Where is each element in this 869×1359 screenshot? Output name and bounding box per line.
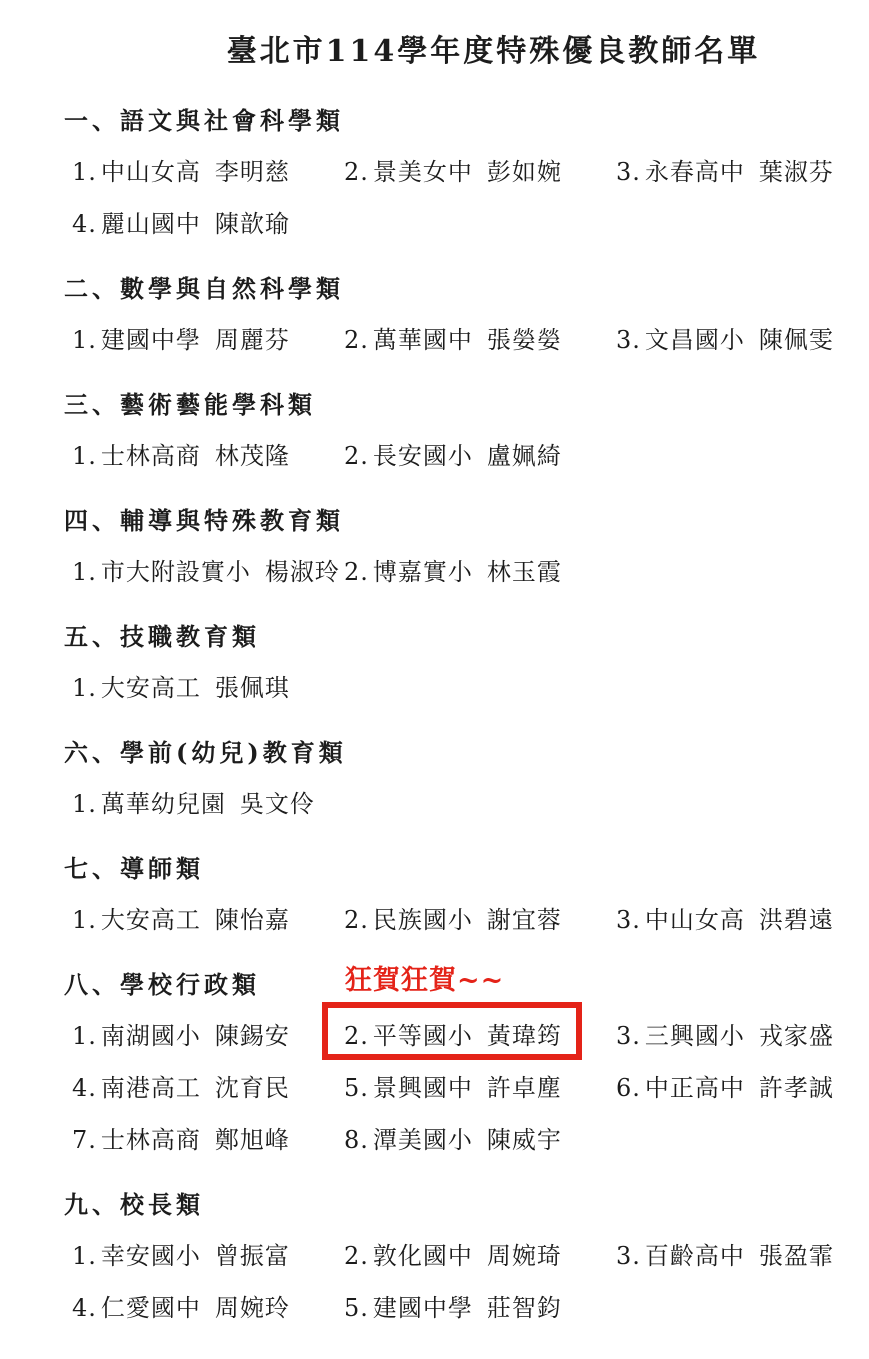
section-1: 一、語文與社會科學類1.中山女高李明慈2.景美女中彭如婉3.永春高中葉淑芬4.麗… — [0, 101, 869, 238]
section-heading: 二、數學與自然科學類 — [64, 269, 869, 304]
entry-no: 1. — [72, 674, 97, 702]
entry-no: 1. — [72, 558, 97, 586]
entry-no: 3. — [616, 1242, 641, 1270]
entry: 1.大安高工張佩琪 — [72, 668, 344, 703]
entry: 1.大安高工陳怡嘉 — [72, 900, 344, 935]
entry: 2.民族國小謝宜蓉 — [344, 900, 616, 935]
entry-row: 4.仁愛國中周婉玲5.建國中學莊智鈞 — [0, 1289, 869, 1322]
section-8: 八、學校行政類狂賀狂賀~~1.南湖國小陳錫安2.平等國小黃瑋筠3.三興國小戎家盛… — [0, 965, 869, 1154]
entry-school: 潭美國小 — [373, 1126, 473, 1154]
entry-text: 6.中正高中許孝誠 — [616, 1068, 834, 1103]
entry-school: 大安高工 — [101, 674, 201, 702]
entry-no: 1. — [72, 442, 97, 470]
entry-school: 麗山國中 — [101, 210, 201, 238]
section-9: 九、校長類1.幸安國小曾振富2.敦化國中周婉琦3.百齡高中張盈霏4.仁愛國中周婉… — [0, 1185, 869, 1322]
entry-name: 葉淑芬 — [759, 158, 834, 186]
entry-text: 4.南港高工沈育民 — [72, 1068, 290, 1103]
entry-no: 6. — [616, 1074, 641, 1102]
entry-name: 陳歆瑜 — [215, 210, 290, 238]
entry-name: 陳怡嘉 — [215, 906, 290, 934]
entry-school: 博嘉實小 — [373, 558, 473, 586]
entry: 4.南港高工沈育民 — [72, 1068, 344, 1103]
entry-row: 1.建國中學周麗芬2.萬華國中張嫈嫈3.文昌國小陳佩雯 — [0, 321, 869, 354]
section-heading-row: 七、導師類 — [64, 849, 869, 882]
entry: 1.中山女高李明慈 — [72, 152, 344, 187]
entry-no: 2. — [344, 442, 369, 470]
section-heading-row: 四、輔導與特殊教育類 — [64, 501, 869, 534]
entry: 1.士林高商林茂隆 — [72, 436, 344, 471]
entry-school: 中正高中 — [645, 1074, 745, 1102]
entry-name: 曾振富 — [215, 1242, 290, 1270]
entry-text: 2.民族國小謝宜蓉 — [344, 900, 562, 935]
entry-school: 文昌國小 — [645, 326, 745, 354]
entry-school: 萬華幼兒園 — [101, 790, 226, 818]
entry: 1.萬華幼兒園吳文伶 — [72, 784, 344, 819]
entry-text: 5.景興國中許卓塵 — [344, 1068, 562, 1103]
section-4: 四、輔導與特殊教育類1.市大附設實小楊淑玲2.博嘉實小林玉霞 — [0, 501, 869, 586]
entry-no: 1. — [72, 1022, 97, 1050]
entry-row: 1.士林高商林茂隆2.長安國小盧姵綺 — [0, 437, 869, 470]
entry-text: 2.萬華國中張嫈嫈 — [344, 320, 562, 355]
entry-no: 7. — [72, 1126, 97, 1154]
entry-text: 1.大安高工陳怡嘉 — [72, 900, 290, 935]
section-heading: 一、語文與社會科學類 — [64, 101, 869, 136]
entry-name: 沈育民 — [215, 1074, 290, 1102]
entry: 8.潭美國小陳威宇 — [344, 1120, 616, 1155]
entry-text: 4.仁愛國中周婉玲 — [72, 1288, 290, 1323]
entry: 2.萬華國中張嫈嫈 — [344, 320, 616, 355]
entry: 5.建國中學莊智鈞 — [344, 1288, 616, 1323]
entry-name: 楊淑玲 — [265, 558, 340, 586]
entry-text: 1.中山女高李明慈 — [72, 152, 290, 187]
entry-no: 2. — [344, 1022, 369, 1050]
entry-school: 仁愛國中 — [101, 1294, 201, 1322]
section-heading: 五、技職教育類 — [64, 617, 869, 652]
entry: 3.中山女高洪碧遠 — [616, 900, 869, 935]
entry-school: 永春高中 — [645, 158, 745, 186]
entry-text: 8.潭美國小陳威宇 — [344, 1120, 562, 1155]
section-heading-row: 一、語文與社會科學類 — [64, 101, 869, 134]
entry-name: 李明慈 — [215, 158, 290, 186]
entry-name: 吳文伶 — [240, 790, 315, 818]
entry-no: 2. — [344, 158, 369, 186]
highlight-box: 2.平等國小黃瑋筠 — [344, 1016, 562, 1051]
entry-name: 洪碧遠 — [759, 906, 834, 934]
entry-text: 2.敦化國中周婉琦 — [344, 1236, 562, 1271]
entry-school: 士林高商 — [101, 1126, 201, 1154]
entry-text: 5.建國中學莊智鈞 — [344, 1288, 562, 1323]
section-heading-row: 三、藝術藝能學科類 — [64, 385, 869, 418]
entry: 1.幸安國小曾振富 — [72, 1236, 344, 1271]
entry-text: 2.長安國小盧姵綺 — [344, 436, 562, 471]
section-heading: 六、學前(幼兒)教育類 — [64, 733, 869, 768]
entry-name: 張佩琪 — [215, 674, 290, 702]
entry-school: 萬華國中 — [373, 326, 473, 354]
entry-text: 7.士林高商鄭旭峰 — [72, 1120, 290, 1155]
entry-no: 4. — [72, 210, 97, 238]
entry-row: 1.市大附設實小楊淑玲2.博嘉實小林玉霞 — [0, 553, 869, 586]
entry-school: 百齡高中 — [645, 1242, 745, 1270]
teacher-list: 一、語文與社會科學類1.中山女高李明慈2.景美女中彭如婉3.永春高中葉淑芬4.麗… — [0, 101, 869, 1322]
entry-text: 1.建國中學周麗芬 — [72, 320, 290, 355]
entry-name: 陳錫安 — [215, 1022, 290, 1050]
entry-text: 1.萬華幼兒園吳文伶 — [72, 784, 315, 819]
celebration-annotation: 狂賀狂賀~~ — [345, 958, 504, 997]
entry: 5.景興國中許卓塵 — [344, 1068, 616, 1103]
entry-text: 3.中山女高洪碧遠 — [616, 900, 834, 935]
entry-name: 彭如婉 — [487, 158, 562, 186]
section-heading-row: 八、學校行政類狂賀狂賀~~ — [64, 965, 869, 998]
section-heading: 七、導師類 — [64, 849, 869, 884]
entry: 1.市大附設實小楊淑玲 — [72, 552, 344, 587]
entry-name: 戎家盛 — [759, 1022, 834, 1050]
entry-name: 張嫈嫈 — [487, 326, 562, 354]
entry: 3.三興國小戎家盛 — [616, 1016, 869, 1051]
section-7: 七、導師類1.大安高工陳怡嘉2.民族國小謝宜蓉3.中山女高洪碧遠 — [0, 849, 869, 934]
entry-row: 1.南湖國小陳錫安2.平等國小黃瑋筠3.三興國小戎家盛 — [0, 1017, 869, 1050]
entry-name: 許孝誠 — [759, 1074, 834, 1102]
entry-text: 1.士林高商林茂隆 — [72, 436, 290, 471]
entry-no: 5. — [344, 1074, 369, 1102]
entry-school: 景美女中 — [373, 158, 473, 186]
section-heading-row: 九、校長類 — [64, 1185, 869, 1218]
entry: 2.敦化國中周婉琦 — [344, 1236, 616, 1271]
entry-no: 1. — [72, 906, 97, 934]
entry: 3.永春高中葉淑芬 — [616, 152, 869, 187]
section-heading: 三、藝術藝能學科類 — [64, 385, 869, 420]
entry-row: 1.萬華幼兒園吳文伶 — [0, 785, 869, 818]
section-heading-row: 五、技職教育類 — [64, 617, 869, 650]
entry-no: 4. — [72, 1294, 97, 1322]
entry-school: 三興國小 — [645, 1022, 745, 1050]
entry-row: 4.麗山國中陳歆瑜 — [0, 205, 869, 238]
section-6: 六、學前(幼兒)教育類1.萬華幼兒園吳文伶 — [0, 733, 869, 818]
entry-no: 3. — [616, 326, 641, 354]
entry-text: 1.大安高工張佩琪 — [72, 668, 290, 703]
entry-no: 8. — [344, 1126, 369, 1154]
entry-text: 3.百齡高中張盈霏 — [616, 1236, 834, 1271]
entry-text: 3.三興國小戎家盛 — [616, 1016, 834, 1051]
entry-text: 2.景美女中彭如婉 — [344, 152, 562, 187]
entry-no: 2. — [344, 326, 369, 354]
entry: 3.文昌國小陳佩雯 — [616, 320, 869, 355]
entry-school: 中山女高 — [645, 906, 745, 934]
entry-row: 7.士林高商鄭旭峰8.潭美國小陳威宇 — [0, 1121, 869, 1154]
entry-no: 5. — [344, 1294, 369, 1322]
entry: 2.博嘉實小林玉霞 — [344, 552, 616, 587]
section-heading: 四、輔導與特殊教育類 — [64, 501, 869, 536]
entry-no: 1. — [72, 790, 97, 818]
entry-row: 1.中山女高李明慈2.景美女中彭如婉3.永春高中葉淑芬 — [0, 153, 869, 186]
entry-school: 景興國中 — [373, 1074, 473, 1102]
section-heading-row: 六、學前(幼兒)教育類 — [64, 733, 869, 766]
entry-no: 1. — [72, 1242, 97, 1270]
entry-name: 林玉霞 — [487, 558, 562, 586]
entry-text: 1.南湖國小陳錫安 — [72, 1016, 290, 1051]
entry-name: 謝宜蓉 — [487, 906, 562, 934]
entry-text: 1.幸安國小曾振富 — [72, 1236, 290, 1271]
entry: 4.麗山國中陳歆瑜 — [72, 204, 344, 239]
entry-row: 1.大安高工陳怡嘉2.民族國小謝宜蓉3.中山女高洪碧遠 — [0, 901, 869, 934]
entry-no: 2. — [344, 906, 369, 934]
entry-school: 敦化國中 — [373, 1242, 473, 1270]
entry-row: 1.大安高工張佩琪 — [0, 669, 869, 702]
entry-row: 4.南港高工沈育民5.景興國中許卓塵6.中正高中許孝誠 — [0, 1069, 869, 1102]
entry-name: 周麗芬 — [215, 326, 290, 354]
entry: 2.長安國小盧姵綺 — [344, 436, 616, 471]
entry-school: 幸安國小 — [101, 1242, 201, 1270]
entry-row: 1.幸安國小曾振富2.敦化國中周婉琦3.百齡高中張盈霏 — [0, 1237, 869, 1270]
entry-school: 南湖國小 — [101, 1022, 201, 1050]
section-heading: 九、校長類 — [64, 1185, 869, 1220]
entry-no: 2. — [344, 1242, 369, 1270]
entry: 1.南湖國小陳錫安 — [72, 1016, 344, 1051]
entry-no: 3. — [616, 906, 641, 934]
entry-school: 長安國小 — [373, 442, 473, 470]
section-heading-row: 二、數學與自然科學類 — [64, 269, 869, 302]
entry-name: 張盈霏 — [759, 1242, 834, 1270]
section-3: 三、藝術藝能學科類1.士林高商林茂隆2.長安國小盧姵綺 — [0, 385, 869, 470]
entry-text: 2.博嘉實小林玉霞 — [344, 552, 562, 587]
entry-text: 1.市大附設實小楊淑玲 — [72, 552, 340, 587]
entry-no: 3. — [616, 158, 641, 186]
entry-no: 3. — [616, 1022, 641, 1050]
entry-name: 林茂隆 — [215, 442, 290, 470]
entry-no: 4. — [72, 1074, 97, 1102]
entry-text: 4.麗山國中陳歆瑜 — [72, 204, 290, 239]
entry-name: 莊智鈞 — [487, 1294, 562, 1322]
entry-name: 陳威宇 — [487, 1126, 562, 1154]
entry: 2.平等國小黃瑋筠 — [344, 1016, 616, 1051]
entry-name: 周婉琦 — [487, 1242, 562, 1270]
entry-name: 盧姵綺 — [487, 442, 562, 470]
entry-school: 南港高工 — [101, 1074, 201, 1102]
entry-name: 黃瑋筠 — [487, 1022, 562, 1050]
page-title: 臺北市114學年度特殊優良教師名單 — [0, 0, 869, 70]
entry-name: 鄭旭峰 — [215, 1126, 290, 1154]
entry-school: 建國中學 — [101, 326, 201, 354]
entry-name: 陳佩雯 — [759, 326, 834, 354]
entry-text: 3.文昌國小陳佩雯 — [616, 320, 834, 355]
entry-no: 1. — [72, 158, 97, 186]
entry-school: 民族國小 — [373, 906, 473, 934]
entry-no: 2. — [344, 558, 369, 586]
entry-school: 中山女高 — [101, 158, 201, 186]
entry-school: 士林高商 — [101, 442, 201, 470]
entry-school: 大安高工 — [101, 906, 201, 934]
entry: 4.仁愛國中周婉玲 — [72, 1288, 344, 1323]
entry-school: 建國中學 — [373, 1294, 473, 1322]
entry: 6.中正高中許孝誠 — [616, 1068, 869, 1103]
entry-no: 1. — [72, 326, 97, 354]
entry-name: 周婉玲 — [215, 1294, 290, 1322]
entry-text: 3.永春高中葉淑芬 — [616, 152, 834, 187]
entry-school: 市大附設實小 — [101, 558, 251, 586]
entry-name: 許卓塵 — [487, 1074, 562, 1102]
entry: 1.建國中學周麗芬 — [72, 320, 344, 355]
entry: 2.景美女中彭如婉 — [344, 152, 616, 187]
section-2: 二、數學與自然科學類1.建國中學周麗芬2.萬華國中張嫈嫈3.文昌國小陳佩雯 — [0, 269, 869, 354]
entry: 7.士林高商鄭旭峰 — [72, 1120, 344, 1155]
section-5: 五、技職教育類1.大安高工張佩琪 — [0, 617, 869, 702]
entry: 3.百齡高中張盈霏 — [616, 1236, 869, 1271]
entry-school: 平等國小 — [373, 1022, 473, 1050]
